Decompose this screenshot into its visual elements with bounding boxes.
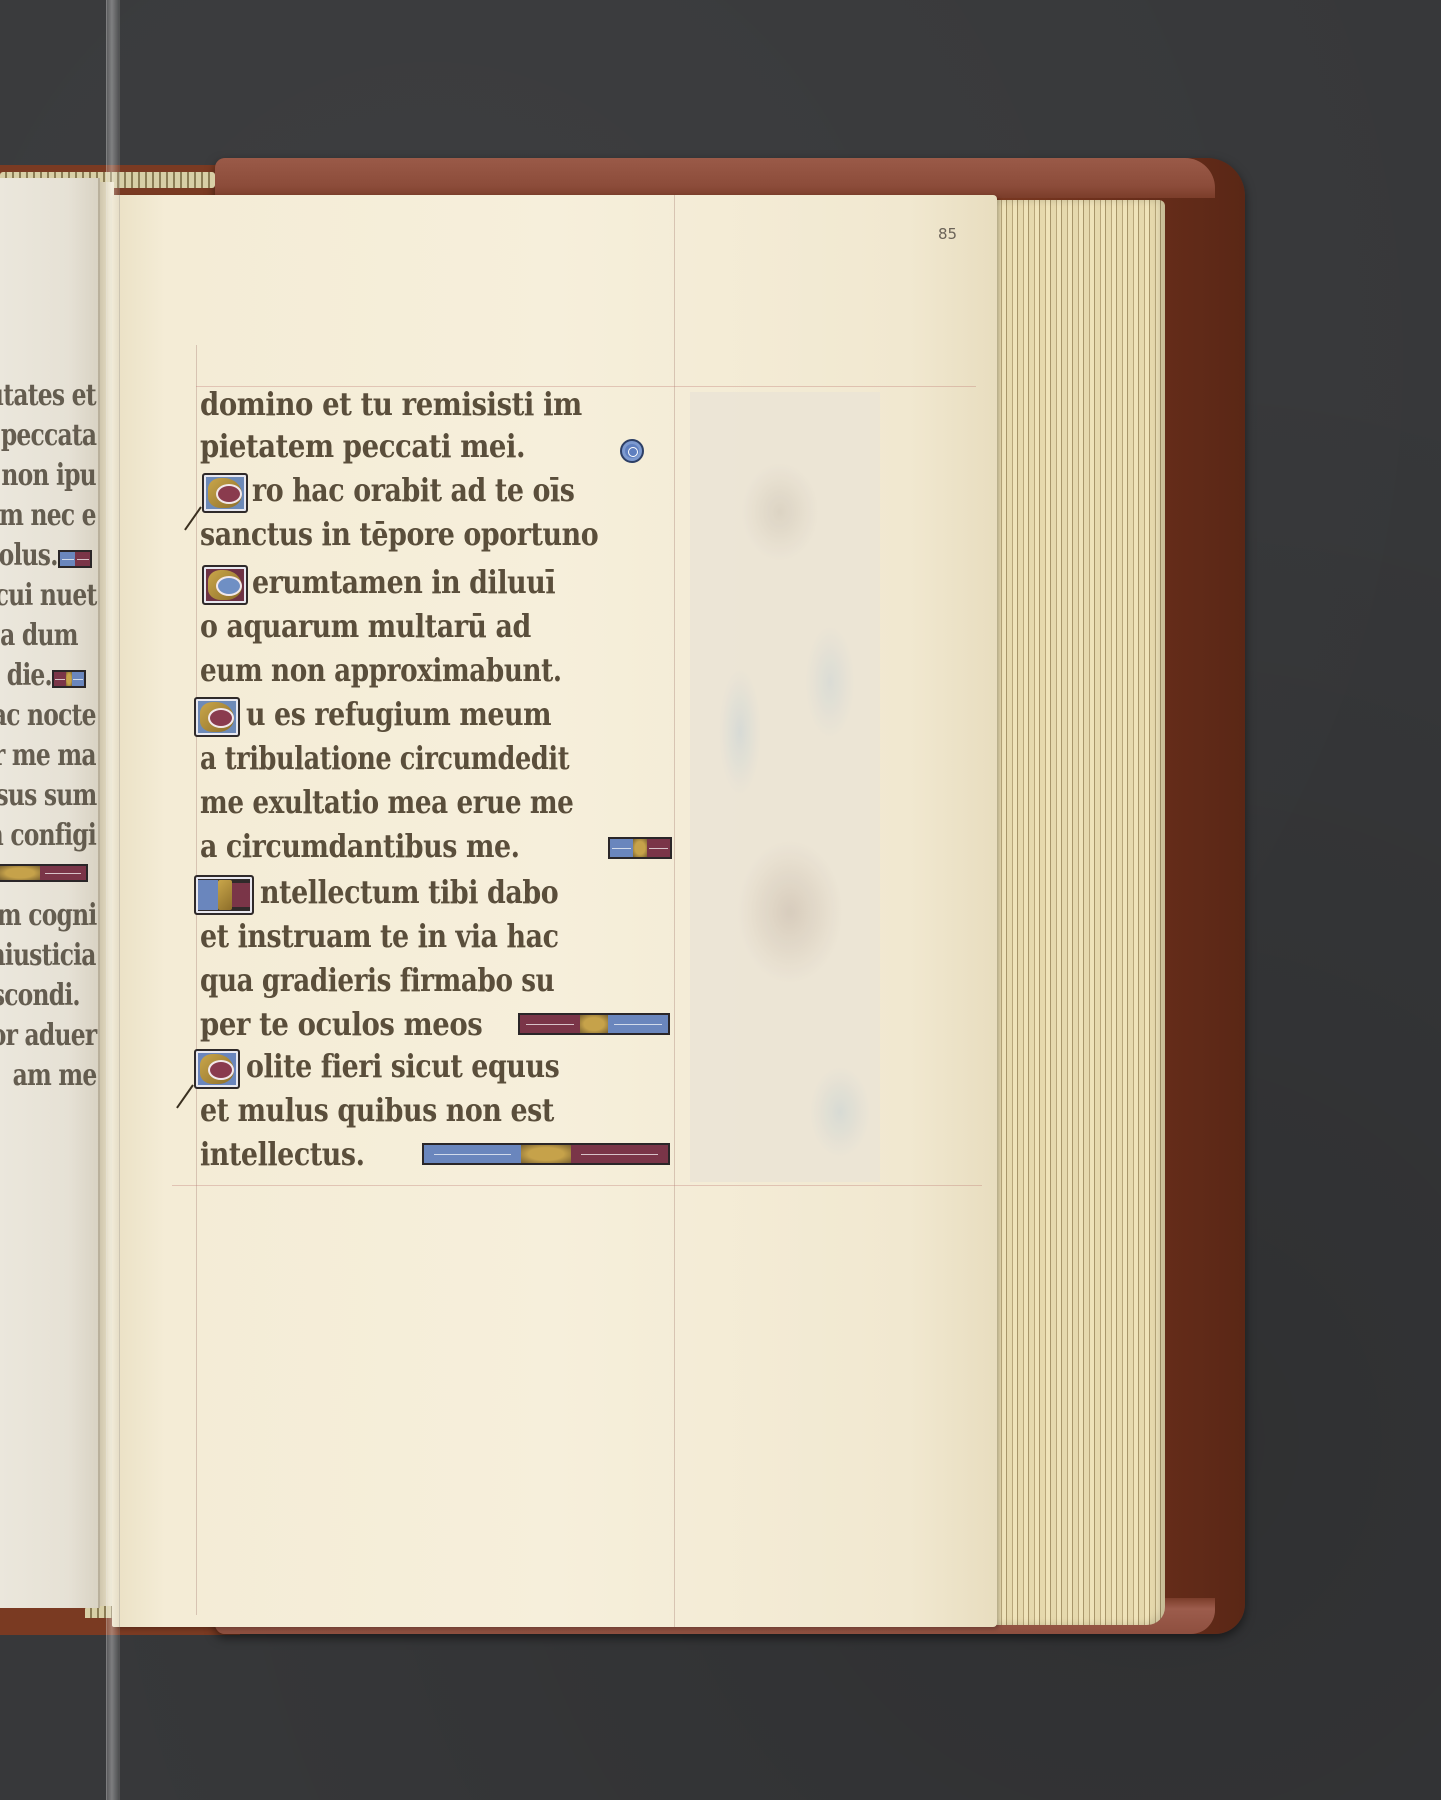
text-line: pietatem peccati mei. — [200, 427, 525, 467]
left-line: ca dum — [0, 618, 78, 656]
text-line: domino et tu remisisti im — [200, 385, 582, 425]
text-line: erumtamen in diluuī — [252, 563, 555, 603]
left-line: iniusticia — [0, 938, 96, 976]
left-line: scondi. — [0, 978, 80, 1016]
left-line: m configi — [0, 818, 96, 856]
left-line: sus sum — [0, 778, 96, 816]
illuminated-initial-v — [202, 565, 248, 605]
text-line: o aquarum multarū ad — [200, 607, 531, 647]
ruling-line — [196, 345, 197, 1615]
text-line: u es refugium meum — [246, 695, 551, 735]
manuscript-scene: iutates et unt peccata ui non ipu eum ne… — [0, 0, 1441, 1800]
left-line: am me — [12, 1058, 96, 1096]
text-line: qua gradieris firmabo su — [200, 961, 554, 1001]
text-line: ro hac orabit ad te oīs — [252, 471, 574, 511]
left-line: die. — [7, 658, 52, 696]
left-line: olus. — [0, 538, 58, 576]
ruling-line — [674, 195, 675, 1627]
line-filler — [608, 837, 672, 859]
illuminated-initial-n — [194, 1049, 240, 1089]
left-line: eum nec e — [0, 498, 96, 536]
text-line: me exultatio mea erue me — [200, 783, 573, 823]
line-filler — [52, 670, 86, 688]
left-line: iutates et — [0, 378, 96, 416]
text-line: sanctus in tēpore oportuno — [200, 515, 598, 555]
left-line: e ac nocte — [0, 698, 96, 736]
left-page: iutates et unt peccata ui non ipu eum ne… — [0, 178, 100, 1608]
text-line: eum non approximabunt. — [200, 651, 562, 691]
left-line: or aduer — [0, 1018, 96, 1056]
left-line: um cogni — [0, 898, 96, 936]
left-line: unt peccata — [0, 418, 96, 456]
ruling-line — [172, 1185, 982, 1186]
line-filler — [422, 1143, 670, 1165]
line-filler — [58, 550, 92, 568]
text-line: intellectus. — [200, 1135, 365, 1175]
text-line: et instruam te in via hac — [200, 917, 559, 957]
text-line: olite fieri sicut equus — [246, 1047, 559, 1087]
left-line: ui non ipu — [0, 458, 96, 496]
folio-number: 85 — [938, 225, 957, 243]
illuminated-initial-i — [194, 875, 254, 915]
text-line: per te oculos meos — [200, 1005, 482, 1045]
text-line: a tribulatione circumdedit — [200, 739, 569, 779]
line-filler — [0, 864, 88, 882]
border-decoration-offset — [690, 392, 880, 1182]
fore-edge-page-stack — [985, 200, 1165, 1625]
left-line: r me ma — [0, 738, 96, 776]
line-filler — [518, 1013, 670, 1035]
text-line: et mulus quibus non est — [200, 1091, 554, 1131]
text-line: ntellectum tibi dabo — [260, 873, 558, 913]
glass-page-weight — [106, 0, 120, 1800]
illuminated-initial-t — [194, 697, 240, 737]
text-line: a circumdantibus me. — [200, 827, 520, 867]
illuminated-initial-p — [202, 473, 248, 513]
blue-dot-initial — [620, 439, 644, 463]
left-line: cui nuet — [0, 578, 96, 616]
